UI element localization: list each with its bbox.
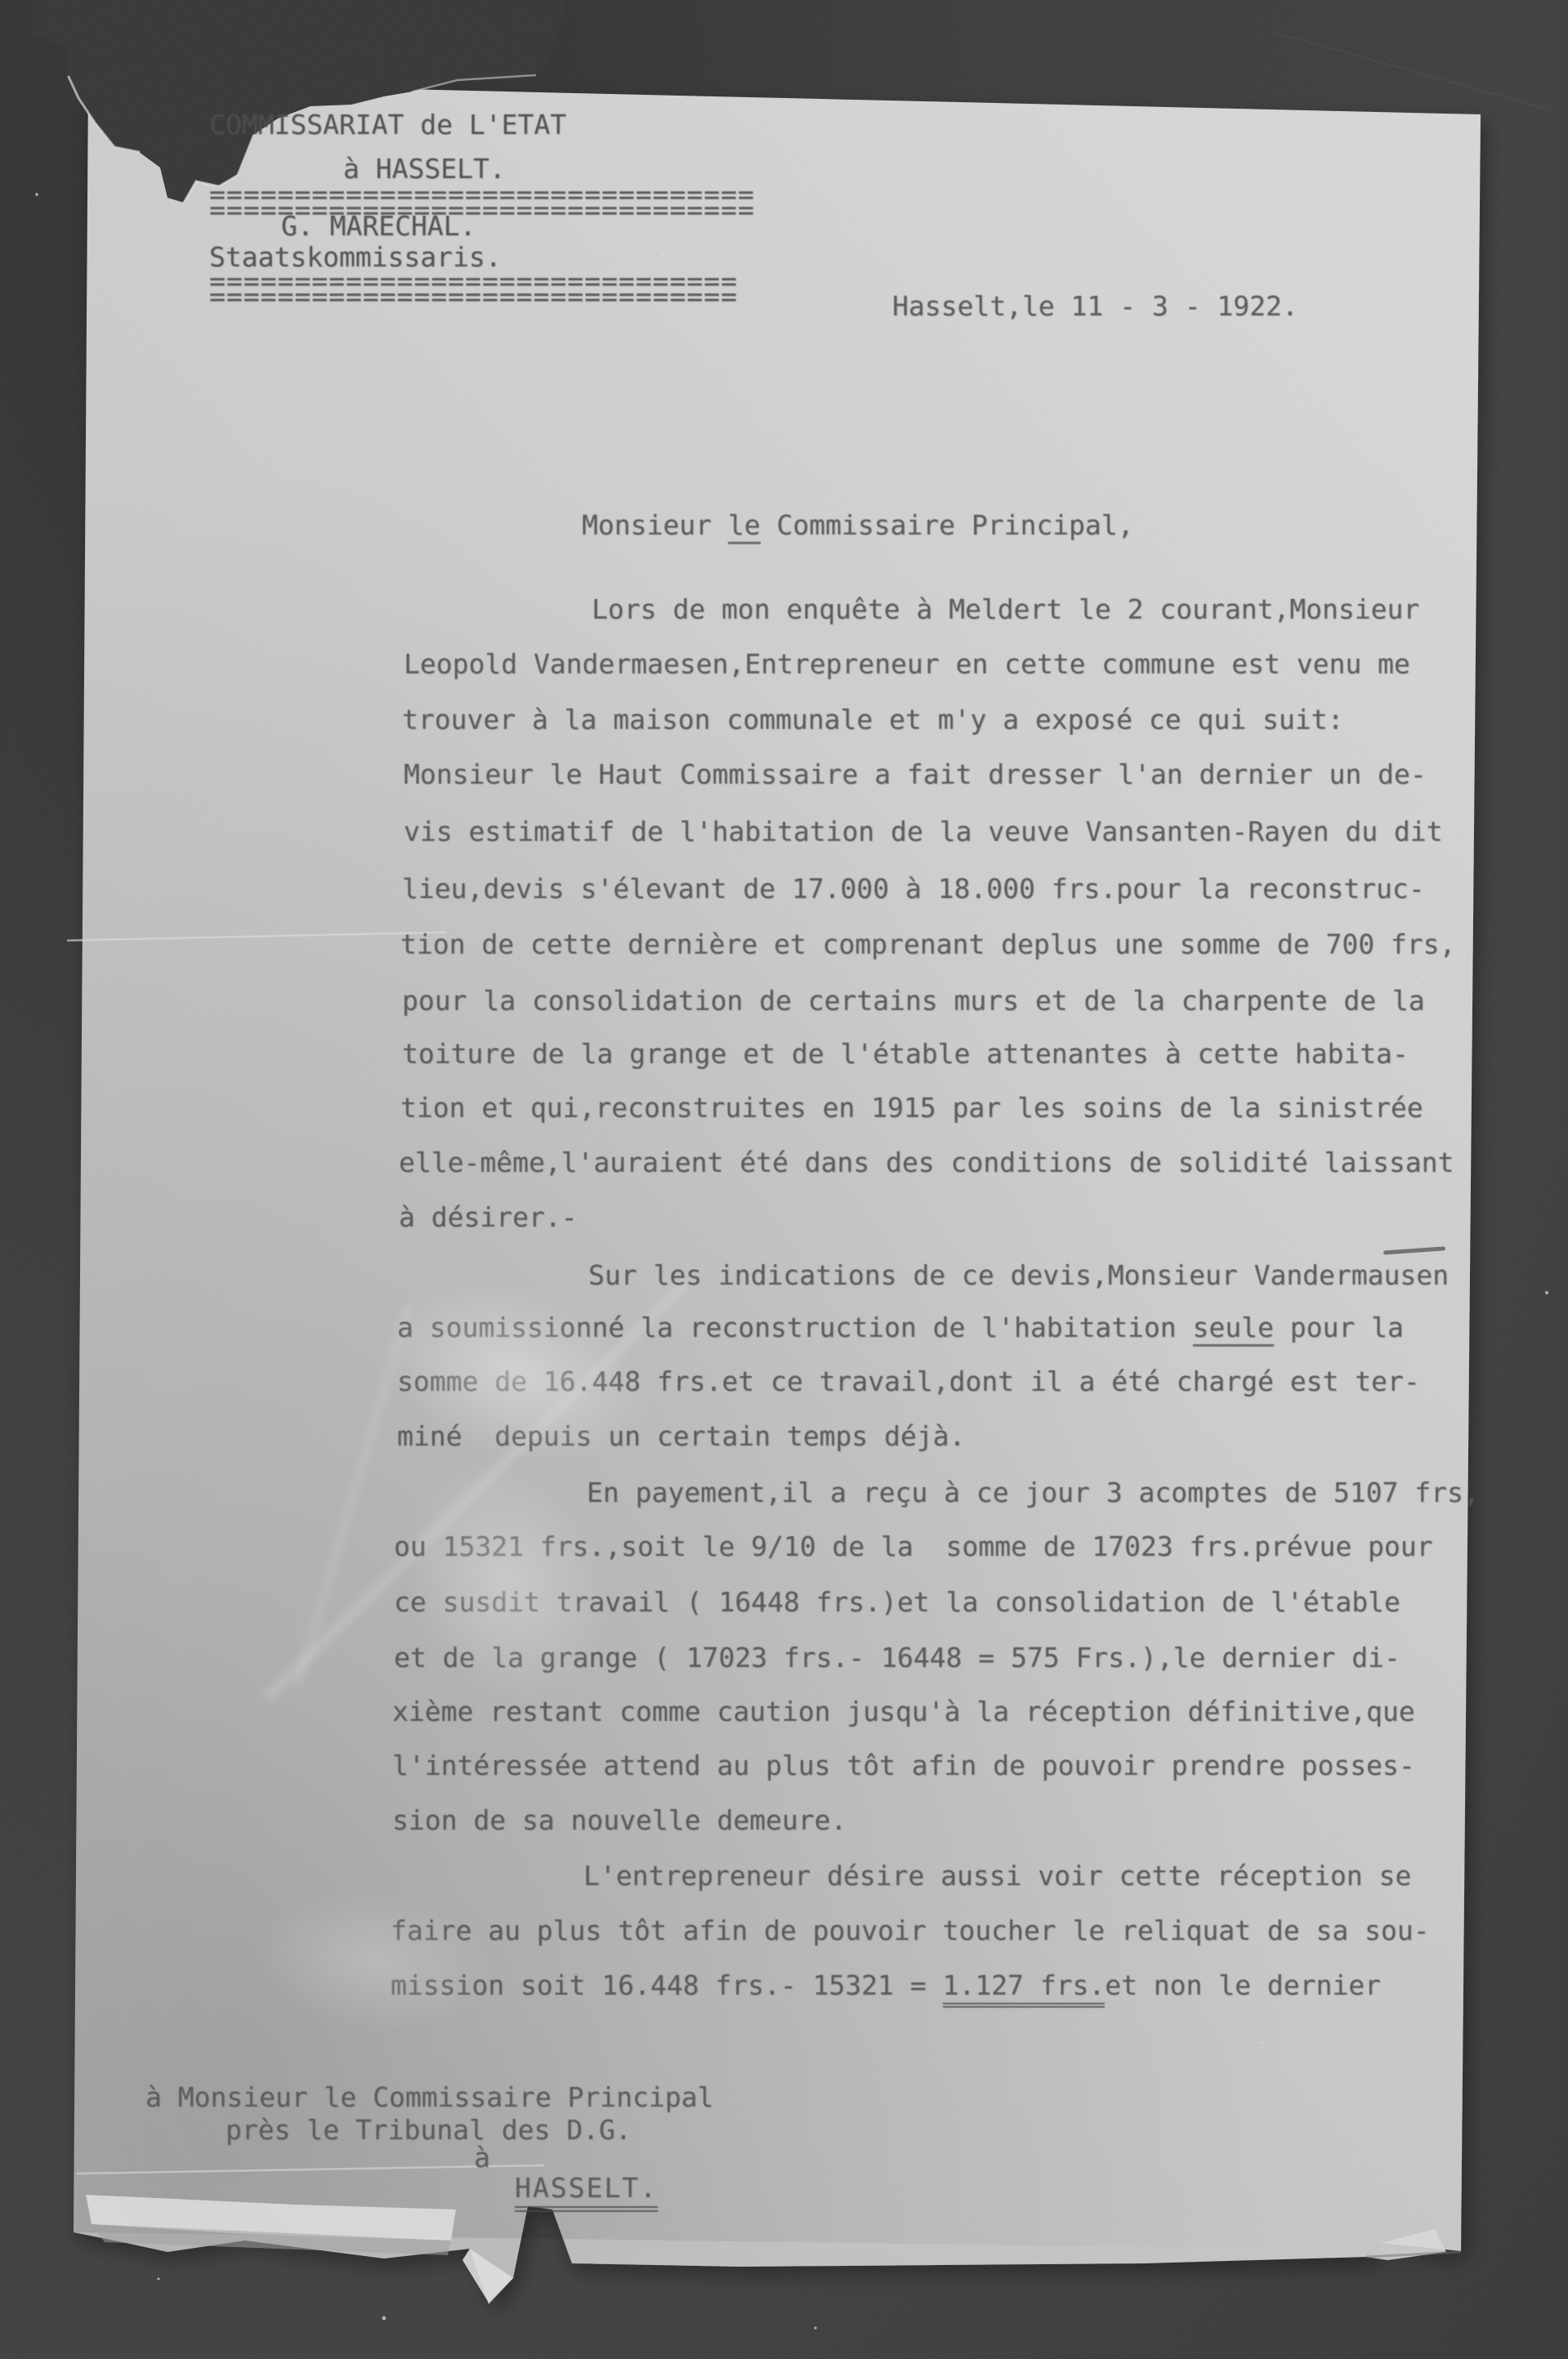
body-line: tion de cette dernière et comprenant dep… [400,929,1455,960]
typewritten-text-layer: COMMISSARIAT de L'ETAT à HASSELT. ======… [0,0,1568,2359]
body-line: ce susdit travail ( 16448 frs.)et la con… [394,1587,1400,1618]
underlined-text: 1.127 frs. [943,1969,1106,2008]
body-line: L'entrepreneur désire aussi voir cette r… [583,1861,1411,1892]
body-line: xième restant comme caution jusqu'à la r… [392,1696,1415,1727]
body-line: à désirer.- [399,1202,578,1233]
body-line: sion de sa nouvelle demeure. [392,1805,847,1836]
body-line: ou 15321 frs.,soit le 9/10 de la somme d… [394,1531,1433,1562]
underlined-text: le [728,509,761,544]
photo-scene: COMMISSARIAT de L'ETAT à HASSELT. ======… [0,0,1568,2359]
body-line: somme de 16.448 frs.et ce travail,dont i… [397,1366,1420,1397]
footer-address-line3: à [474,2142,490,2174]
letterhead-official-name: G. MARECHAL. [281,211,476,242]
body-line: Lors de mon enquête à Meldert le 2 coura… [592,594,1419,625]
body-line: trouver à la maison communale et m'y a e… [402,704,1343,735]
body-line: vis estimatif de l'habitation de la veuv… [404,816,1443,847]
letterhead-divider-bottom: =============================== ========… [209,273,738,304]
text-segment: a soumissionné la reconstruction de l'ha… [397,1311,1193,1343]
body-line: mission soit 16.448 frs.- 15321 = 1.127 … [391,1970,1381,2001]
body-line: pour la consolidation de certains murs e… [402,985,1425,1016]
footer-address-line2: près le Tribunal des D.G. [226,2115,632,2146]
text-segment: mission soit 16.448 frs.- 15321 = [391,1969,943,2001]
body-line: et de la grange ( 17023 frs.- 16448 = 57… [394,1642,1400,1673]
body-line: l'intéressée attend au plus tôt afin de … [392,1750,1415,1781]
footer-city: HASSELT. [515,2173,658,2204]
body-line: elle-même,l'auraient été dans des condit… [399,1147,1454,1178]
text-segment: Monsieur [582,509,728,541]
body-line: Monsieur le Haut Commissaire a fait dres… [404,759,1427,790]
letterhead-org-line1: COMMISSARIAT de L'ETAT [209,109,566,141]
footer-address-line1: à Monsieur le Commissaire Principal [145,2082,713,2113]
body-line: Leopold Vandermaesen,Entrepreneur en cet… [404,649,1410,680]
text-segment: pour la [1274,1311,1404,1343]
text-segment: Commissaire Principal, [761,509,1134,541]
body-line: lieu,devis s'élevant de 17.000 à 18.000 … [402,873,1425,905]
dateline: Hasselt,le 11 - 3 - 1922. [892,291,1298,322]
body-line: toiture de la grange et de l'étable atte… [402,1039,1409,1070]
body-line: a soumissionné la reconstruction de l'ha… [397,1312,1404,1343]
salutation: Monsieur le Commissaire Principal, [582,510,1134,541]
body-line: En payement,il a reçu à ce jour 3 acompt… [587,1477,1480,1508]
body-line: Sur les indications de ce devis,Monsieur… [588,1260,1449,1291]
footer-city-label: HASSELT. [515,2172,658,2212]
body-line: miné depuis un certain temps déjà. [397,1421,965,1452]
underlined-text: seule [1193,1311,1274,1347]
body-line: tion et qui,reconstruites en 1915 par le… [400,1092,1423,1124]
body-line: faire au plus tôt afin de pouvoir touche… [391,1915,1430,1946]
text-segment: et non le dernier [1105,1969,1381,2001]
